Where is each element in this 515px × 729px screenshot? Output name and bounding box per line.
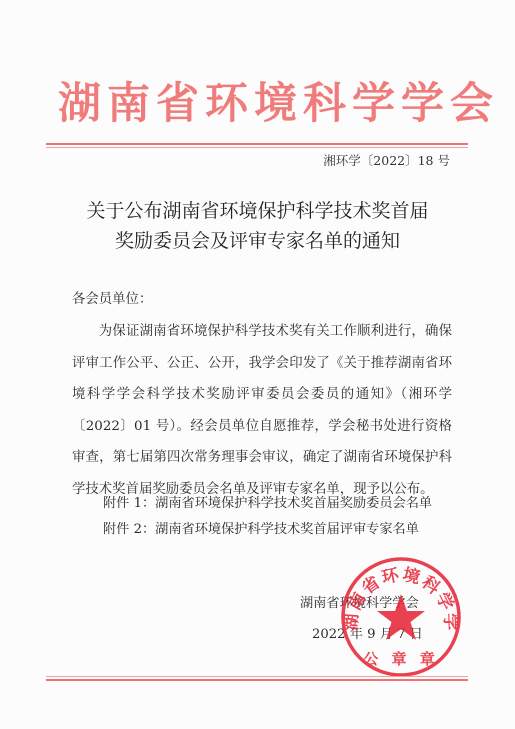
document-heading: 关于公布湖南省环境保护科学技术奖首届 奖励委员会及评审专家名单的通知: [0, 196, 515, 256]
document-heading-line-1: 关于公布湖南省环境保护科学技术奖首届: [0, 196, 515, 226]
document-number: 湘环学〔2022〕18 号: [323, 151, 450, 169]
svg-text:公 章 章: 公 章 章: [363, 650, 438, 668]
attachments-list: 附件 1：湖南省环境保护科学技术奖首届奖励委员会名单 附件 2：湖南省环境保护科…: [103, 491, 432, 543]
body-paragraph: 为保证湖南省环境保护科学技术奖有关工作顺利进行，确保评审工作公平、公正、公开，我…: [72, 316, 452, 505]
official-seal-icon: 湖南省环境科学学会 公 章 章: [340, 556, 462, 678]
attachment-item-1: 附件 1：湖南省环境保护科学技术奖首届奖励委员会名单: [103, 491, 432, 517]
letterhead-divider-top: [46, 143, 468, 148]
attachment-item-2: 附件 2：湖南省环境保护科学技术奖首届评审专家名单: [103, 517, 432, 543]
salutation: 各会员单位：: [72, 284, 452, 316]
organization-letterhead-title: 湖南省环境科学学会: [58, 76, 458, 132]
footer-divider-bottom: [46, 676, 468, 681]
document-heading-line-2: 奖励委员会及评审专家名单的通知: [0, 226, 515, 256]
